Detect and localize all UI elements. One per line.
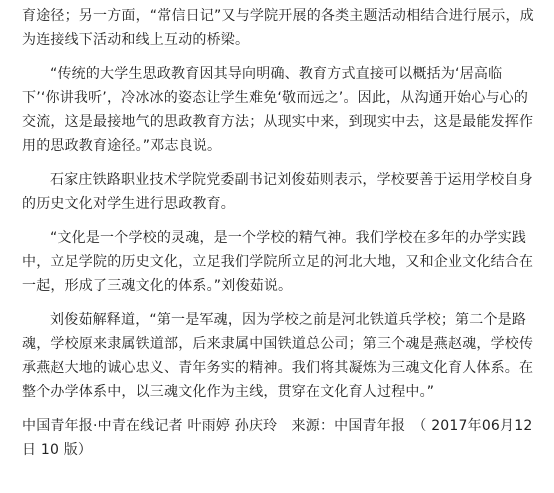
article-byline: 中国青年报·中青在线记者 叶雨婷 孙庆玲 来源：中国青年报 （ 2017年06月…: [22, 414, 534, 462]
paragraph-1: 育途径；另一方面，“常信日记”又与学院开展的各类主题活动相结合进行展示，成为连接…: [22, 4, 534, 52]
article-body: 育途径；另一方面，“常信日记”又与学院开展的各类主题活动相结合进行展示，成为连接…: [0, 0, 554, 462]
paragraph-5: 刘俊茹解释道，“第一是军魂，因为学校之前是河北铁道兵学校；第二个是路魂，学校原来…: [22, 308, 534, 404]
paragraph-4: “文化是一个学校的灵魂，是一个学校的精气神。我们学校在多年的办学实践中，立足学院…: [22, 226, 534, 298]
paragraph-3: 石家庄铁路职业技术学院党委副书记刘俊茹则表示，学校要善于运用学校自身的历史文化对…: [22, 168, 534, 216]
paragraph-2: “传统的大学生思政教育因其导向明确、教育方式直接可以概括为‘居高临下’‘你讲我听…: [22, 62, 534, 158]
